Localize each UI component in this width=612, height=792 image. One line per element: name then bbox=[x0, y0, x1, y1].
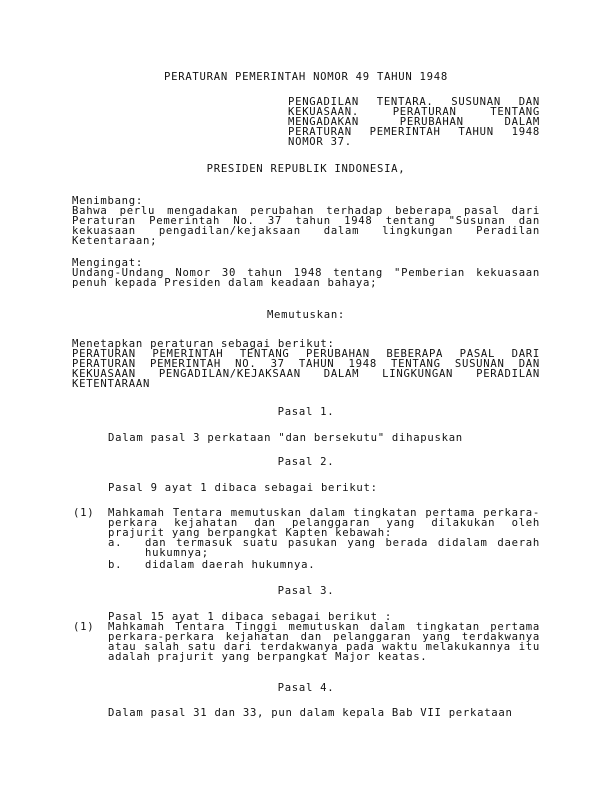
menetapkan-line: KETENTARAAN bbox=[72, 379, 540, 389]
pasal-1-heading: Pasal 1. bbox=[72, 407, 540, 417]
menimbang-line: Ketentaraan; bbox=[72, 236, 540, 246]
subject-line: NOMOR 37. bbox=[288, 137, 540, 147]
document-title: PERATURAN PEMERINTAH NOMOR 49 TAHUN 1948 bbox=[72, 72, 540, 82]
sub-item-a-label: a. bbox=[108, 538, 122, 548]
pasal-3-item-number: (1) bbox=[73, 622, 94, 632]
pasal-4-text: Dalam pasal 31 dan 33, pun dalam kepala … bbox=[108, 708, 513, 718]
sub-item-a-line: hukumnya; bbox=[145, 548, 540, 558]
pasal-3-heading: Pasal 3. bbox=[72, 586, 540, 596]
document-page: PERATURAN PEMERINTAH NOMOR 49 TAHUN 1948… bbox=[0, 0, 612, 792]
mengingat-line: penuh kepada Presiden dalam keadaan baha… bbox=[72, 278, 540, 288]
pasal-2-intro: Pasal 9 ayat 1 dibaca sebagai berikut: bbox=[108, 483, 378, 493]
pasal-2-heading: Pasal 2. bbox=[72, 457, 540, 467]
pasal-3-item-line: adalah prajurit yang berpangkat Major ke… bbox=[108, 652, 540, 662]
issuer-heading: PRESIDEN REPUBLIK INDONESIA, bbox=[72, 164, 540, 174]
memutuskan-heading: Memutuskan: bbox=[72, 310, 540, 320]
sub-item-b-text: didalam daerah hukumnya. bbox=[145, 560, 315, 570]
sub-item-b-label: b. bbox=[108, 560, 122, 570]
pasal-4-heading: Pasal 4. bbox=[72, 683, 540, 693]
pasal-1-text: Dalam pasal 3 perkataan "dan bersekutu" … bbox=[108, 433, 463, 443]
pasal-2-item-number: (1) bbox=[73, 508, 94, 518]
